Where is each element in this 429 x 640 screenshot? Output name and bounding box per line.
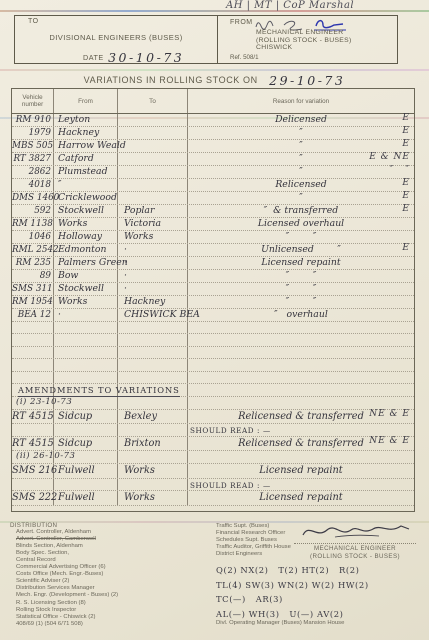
from-cell: Works <box>54 296 118 308</box>
area-code: E <box>402 139 410 149</box>
table-row: 592StockwellPoplar″ & transferredE <box>12 205 414 218</box>
distribution-item: Blinds Section, Aldenham <box>10 543 215 550</box>
table-row: 2862Plumstead″″ ″ <box>12 166 414 179</box>
vehicle-cell: RM 1138 <box>12 218 54 230</box>
distribution-heading: DISTRIBUTION <box>10 522 215 529</box>
to-cell <box>118 451 188 463</box>
garage-code-lines: Q(2) NX(2) T(2) HT(2) R(2)TL(4) SW(3) WN… <box>216 565 369 623</box>
reason-cell: ″ ″ <box>188 296 414 308</box>
reason-cell: Delicensed <box>188 114 414 126</box>
vehicle-cell <box>12 334 54 345</box>
column-header-from: From <box>54 89 118 113</box>
area-code: E <box>402 178 410 188</box>
vehicle-cell: RT 4515 <box>12 437 54 451</box>
from-cell: Sidcup <box>54 410 118 424</box>
reason-cell: Relicensed <box>188 179 414 191</box>
table-row: RML 2542Edmonton·Unlicensed ″E <box>12 244 414 257</box>
table-row-blank <box>12 347 414 359</box>
area-code: E <box>402 204 410 214</box>
vehicle-cell <box>12 359 54 370</box>
distribution-item: Mech. Engr. (Development - Buses) (2) <box>10 592 215 599</box>
column-header-reason: Reason for variation <box>188 89 414 113</box>
area-code: E <box>402 191 410 201</box>
area-code: E & NE <box>369 152 410 162</box>
table-row-date: (ii) 26-10-73 <box>12 451 414 464</box>
table-row: DMS 1460Cricklewood″E <box>12 192 414 205</box>
reason-cell <box>188 359 414 370</box>
vehicle-cell: RT 4515 <box>12 410 54 424</box>
to-cell: Hackney <box>118 296 188 308</box>
from-cell: Holloway <box>54 231 118 243</box>
area-code: E <box>402 126 410 136</box>
distribution-item: Advert. Controller, Aldenham <box>10 529 215 536</box>
distribution-item: 408/69 (1) (504 6/71 508) <box>10 621 215 628</box>
area-code: ″ ″ <box>390 165 410 175</box>
vehicle-cell <box>12 322 54 333</box>
to-cell: Poplar <box>118 205 188 217</box>
vehicle-cell: 4018 <box>12 179 54 191</box>
to-cell: Victoria <box>118 218 188 230</box>
to-cell <box>118 153 188 165</box>
vehicle-cell <box>12 372 54 383</box>
from-cell: Stockwell <box>54 205 118 217</box>
table-row: 1979Hackney″E <box>12 127 414 140</box>
paper-background: AH | MT | CoP Marshal TO DIVISIONAL ENGI… <box>0 0 429 640</box>
scanned-document-page: { "header": { "annotation": "AH | MT | C… <box>0 0 429 640</box>
reason-cell: ″ <box>188 166 414 178</box>
signature-scribble <box>295 520 415 542</box>
to-cell <box>118 347 188 358</box>
from-cell: Leyton <box>54 114 118 126</box>
from-cell: · <box>54 309 118 321</box>
to-cell <box>118 127 188 139</box>
vehicle-cell: 1979 <box>12 127 54 139</box>
signature-dotted-line <box>294 543 416 544</box>
to-cell: Works <box>118 464 188 478</box>
to-cell: · <box>118 257 188 269</box>
from-cell: Fulwell <box>54 464 118 478</box>
recipient-list: Traffic Supt. (Buses)Financial Research … <box>216 523 291 558</box>
from-cell <box>54 372 118 383</box>
vehicle-cell: RM 235 <box>12 257 54 269</box>
signatory-title-1: MECHANICAL ENGINEER <box>292 545 418 553</box>
vehicle-cell <box>12 347 54 358</box>
title-handwritten-date: 29-10-73 <box>269 73 345 88</box>
reason-cell: ″ ″ <box>188 270 414 282</box>
distribution-item: Statistical Office - Chiswick (2) <box>10 614 215 621</box>
from-cell: Sidcup <box>54 437 118 451</box>
table-row-date: (i) 23-10-73 <box>12 397 414 410</box>
reason-cell: ″ ″ <box>188 231 414 243</box>
reason-cell <box>188 397 414 409</box>
divisional-manager-line: Divl. Operating Manager (Buses) Mansion … <box>216 620 344 626</box>
from-cell: Fulwell <box>54 491 118 505</box>
to-cell <box>118 140 188 152</box>
row-note: (i) 23-10-73 <box>16 397 72 407</box>
reason-cell: Licensed repaint <box>188 491 414 505</box>
distribution-block: DISTRIBUTION Advert. Controller, Aldenha… <box>10 522 215 628</box>
vehicle-cell: RM 1954 <box>12 296 54 308</box>
table-header-row: Vehicle number From To Reason for variat… <box>12 89 414 114</box>
to-label: TO <box>28 18 39 25</box>
table-row: SMS 222FulwellWorksLicensed repaint <box>12 491 414 506</box>
sender-line-3: CHISWICK <box>256 44 352 52</box>
vehicle-cell <box>12 479 54 491</box>
date-label: DATE <box>83 53 104 62</box>
from-cell: Cricklewood <box>54 192 118 204</box>
reason-cell: Licensed repaint <box>188 257 414 269</box>
from-cell <box>54 347 118 358</box>
vehicle-cell: DMS 1460 <box>12 192 54 204</box>
vehicle-cell: SMS 216 <box>12 464 54 478</box>
to-cell <box>118 192 188 204</box>
garage-code-line: AL(—) WH(3) U(—) AV(2) <box>216 609 369 619</box>
table-row: 89Bow·″ ″ <box>12 270 414 283</box>
to-cell: · <box>118 270 188 282</box>
reason-cell <box>188 322 414 333</box>
reason-cell: ″ overhaul <box>188 309 414 321</box>
table-row: RT 4515SidcupBrixtonRelicensed & transfe… <box>12 437 414 452</box>
vehicle-cell: BEA 12 <box>12 309 54 321</box>
distribution-list: Advert. Controller, AldenhamAdvert. Cont… <box>10 529 215 628</box>
reason-cell: ″ <box>188 192 414 204</box>
row-note: (ii) 26-10-73 <box>16 451 75 461</box>
to-cell <box>118 424 188 436</box>
from-cell: ″ <box>54 179 118 191</box>
from-cell <box>54 424 118 436</box>
recipient-item: District Engineers <box>216 551 291 558</box>
distribution-item: Rolling Stock Inspector <box>10 607 215 614</box>
table-row: SMS 311Stockwell·″ ″ <box>12 283 414 296</box>
to-cell: Works <box>118 491 188 505</box>
header-boxes: TO DIVISIONAL ENGINEERS (BUSES) DATE 30-… <box>14 15 398 64</box>
table-row: RM 910LeytonDelicensedE <box>12 114 414 127</box>
table-row: MBS 505Harrow Weald″E <box>12 140 414 153</box>
vehicle-cell: 1046 <box>12 231 54 243</box>
distribution-item: Advert. Controller, Camberwell <box>10 536 215 543</box>
row-note: SHOULD READ : — <box>190 481 271 490</box>
to-cell: Works <box>118 231 188 243</box>
table-row: SMS 216FulwellWorksLicensed repaint <box>12 464 414 479</box>
from-cell: Harrow Weald <box>54 140 118 152</box>
to-cell: CHISWICK BEA <box>118 309 188 321</box>
distribution-item: Scientific Adviser (2) <box>10 578 215 585</box>
table-row-blank <box>12 334 414 346</box>
table-row: RM 235Palmers Green·Licensed repaint <box>12 257 414 270</box>
row-note: SHOULD READ : — <box>190 426 271 435</box>
to-cell <box>118 322 188 333</box>
table-body: RM 910LeytonDelicensedE1979Hackney″EMBS … <box>12 114 414 506</box>
sender-line-1: MECHANICAL ENGINEER <box>256 29 352 37</box>
reason-cell <box>188 384 414 396</box>
table-row: RT 4515SidcupBexleyRelicensed & transfer… <box>12 410 414 425</box>
to-cell <box>118 166 188 178</box>
to-cell <box>118 114 188 126</box>
vehicle-cell: 2862 <box>12 166 54 178</box>
reason-cell: ″ & transferred <box>188 205 414 217</box>
reason-cell: Unlicensed ″ <box>188 244 414 256</box>
date-line: DATE 30-10-73 <box>83 47 184 65</box>
table-row: RM 1954WorksHackney″ ″ <box>12 296 414 309</box>
reason-cell <box>188 347 414 358</box>
document-title: VARIATIONS IN ROLLING STOCK ON 29-10-73 <box>0 70 429 88</box>
signature-block: MECHANICAL ENGINEER (ROLLING STOCK - BUS… <box>292 520 418 560</box>
to-box: TO DIVISIONAL ENGINEERS (BUSES) DATE 30-… <box>15 16 218 63</box>
garage-code-line: TL(4) SW(3) WN(2) W(2) HW(2) <box>216 580 369 590</box>
to-cell: Bexley <box>118 410 188 424</box>
table-row-should: SHOULD READ : — <box>12 479 414 492</box>
scan-artifact-line <box>0 10 429 12</box>
table-row: RM 1138WorksVictoriaLicensed overhaul <box>12 218 414 231</box>
table-row-blank <box>12 359 414 371</box>
reason-cell: Licensed overhaul <box>188 218 414 230</box>
area-code: E <box>402 243 410 253</box>
from-cell <box>54 479 118 491</box>
recipient-item: Schedules Supt. Buses <box>216 537 291 544</box>
from-cell: Plumstead <box>54 166 118 178</box>
column-header-vehicle-line1: Vehicle <box>22 94 42 101</box>
sender-line-2: (ROLLING STOCK - BUSES) <box>256 37 352 45</box>
reference-number: Ref. 508/1 <box>230 54 259 61</box>
from-cell: Works <box>54 218 118 230</box>
recipient-item: Traffic Supt. (Buses) <box>216 523 291 530</box>
reason-cell: Licensed repaint <box>188 464 414 478</box>
from-cell: Bow <box>54 270 118 282</box>
column-header-to: To <box>118 89 188 113</box>
pencil-annotation: AH | MT | CoP Marshal <box>226 0 354 11</box>
from-cell: Palmers Green <box>54 257 118 269</box>
from-cell <box>54 322 118 333</box>
row-note: AMENDMENTS TO VARIATIONS <box>18 385 180 397</box>
reason-cell <box>188 334 414 345</box>
handwritten-date: 30-10-73 <box>108 50 184 65</box>
table-row: 1046HollowayWorks″ ″ <box>12 231 414 244</box>
garage-code-line: Q(2) NX(2) T(2) HT(2) R(2) <box>216 565 369 575</box>
table-row-blank <box>12 372 414 384</box>
table-row: RT 3827Catford″E & NE <box>12 153 414 166</box>
distribution-item: Costs Office (Mech. Engr.-Buses) <box>10 571 215 578</box>
to-cell <box>118 372 188 383</box>
vehicle-cell <box>12 424 54 436</box>
from-cell: Stockwell <box>54 283 118 295</box>
from-cell <box>54 334 118 345</box>
area-code: E <box>402 113 410 123</box>
column-header-vehicle: Vehicle number <box>12 89 54 113</box>
vehicle-cell: RT 3827 <box>12 153 54 165</box>
distribution-item: Commercial Advertising Officer (6) <box>10 564 215 571</box>
vehicle-cell: SMS 222 <box>12 491 54 505</box>
table-row: 4018″RelicensedE <box>12 179 414 192</box>
reason-cell: ″ ″ <box>188 283 414 295</box>
from-cell <box>54 359 118 370</box>
to-cell: · <box>118 283 188 295</box>
signatory-title-2: (ROLLING STOCK - BUSES) <box>292 553 418 561</box>
to-cell <box>118 397 188 409</box>
from-cell: Catford <box>54 153 118 165</box>
recipient-name: DIVISIONAL ENGINEERS (BUSES) <box>15 33 217 42</box>
recipient-item: Traffic Auditor, Griffith House <box>216 544 291 551</box>
sender-block: MECHANICAL ENGINEER (ROLLING STOCK - BUS… <box>256 29 352 52</box>
vehicle-cell: 89 <box>12 270 54 282</box>
table-row: BEA 12·CHISWICK BEA″ overhaul <box>12 309 414 322</box>
distribution-item: Distribution Services Manager <box>10 585 215 592</box>
to-cell <box>118 179 188 191</box>
vehicle-cell: SMS 311 <box>12 283 54 295</box>
table-row-blank <box>12 322 414 334</box>
column-header-vehicle-line2: number <box>22 101 43 108</box>
to-cell: · <box>118 244 188 256</box>
recipient-item: Financial Research Officer <box>216 530 291 537</box>
distribution-item: Body Spec. Section, <box>10 550 215 557</box>
reason-cell <box>188 451 414 463</box>
to-cell <box>118 359 188 370</box>
area-code: NE & E <box>369 409 410 419</box>
reason-cell: ″ <box>188 140 414 152</box>
vehicle-cell: 592 <box>12 205 54 217</box>
to-cell: Brixton <box>118 437 188 451</box>
distribution-item: Central Record <box>10 557 215 564</box>
distribution-item: R. S. Licensing Section (8) <box>10 600 215 607</box>
reason-cell: ″ <box>188 127 414 139</box>
to-cell <box>118 334 188 345</box>
vehicle-cell: RM 910 <box>12 114 54 126</box>
from-box: FROM MECHANICAL ENGINEER (ROLLING STOCK … <box>218 16 397 63</box>
from-cell: Hackney <box>54 127 118 139</box>
from-cell: Edmonton <box>54 244 118 256</box>
title-printed: VARIATIONS IN ROLLING STOCK ON <box>84 75 258 85</box>
vehicle-cell: MBS 505 <box>12 140 54 152</box>
variations-table: Vehicle number From To Reason for variat… <box>11 88 415 512</box>
area-code: NE & E <box>369 436 410 446</box>
to-cell <box>118 479 188 491</box>
reason-cell <box>188 372 414 383</box>
garage-code-line: TC(—) AR(3) <box>216 594 369 604</box>
table-row-heading: AMENDMENTS TO VARIATIONS <box>12 384 414 397</box>
vehicle-cell: RML 2542 <box>12 244 54 256</box>
table-row-should: SHOULD READ : — <box>12 424 414 437</box>
